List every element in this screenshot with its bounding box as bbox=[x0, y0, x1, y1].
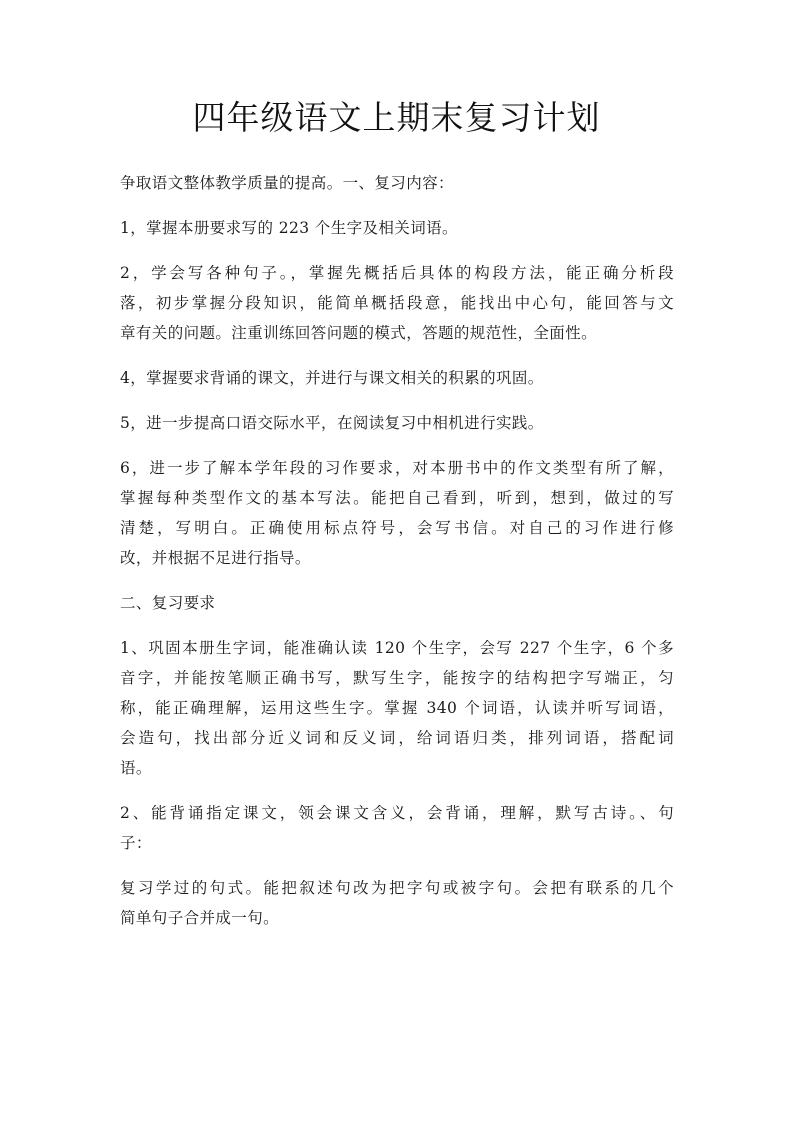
paragraph-req-1: 1、巩固本册生字词，能准确认读 120 个生字，会写 227 个生字，6 个多 … bbox=[120, 633, 674, 783]
text-line: 争取语文整体教学质量的提高。一、复习内容： bbox=[120, 168, 674, 198]
text-line: 落，初步掌握分段知识，能简单概括段意，能找出中心句，能回答与文 bbox=[120, 288, 674, 318]
document-page: 四年级语文上期末复习计划 争取语文整体教学质量的提高。一、复习内容： 1，掌握本… bbox=[0, 0, 793, 1122]
paragraph-item-4: 4，掌握要求背诵的课文，并进行与课文相关的积累的巩固。 bbox=[120, 363, 674, 393]
text-line: 改，并根据不足进行指导。 bbox=[120, 543, 674, 573]
text-line: 5，进一步提高口语交际水平，在阅读复习中相机进行实践。 bbox=[120, 408, 674, 438]
text-line: 简单句子合并成一句。 bbox=[120, 903, 674, 933]
text-line: 2，学会写各种句子。，掌握先概括后具体的构段方法，能正确分析段 bbox=[120, 258, 674, 288]
text-line: 复习学过的句式。能把叙述句改为把字句或被字句。会把有联系的几个 bbox=[120, 873, 674, 903]
text-line: 二、复习要求 bbox=[120, 588, 674, 618]
text-line: 掌握每种类型作文的基本写法。能把自己看到，听到，想到，做过的写 bbox=[120, 483, 674, 513]
document-title: 四年级语文上期末复习计划 bbox=[0, 96, 793, 140]
text-line: 清楚，写明白。正确使用标点符号，会写书信。对自己的习作进行修 bbox=[120, 513, 674, 543]
text-line: 1，掌握本册要求写的 223 个生字及相关词语。 bbox=[120, 213, 674, 243]
paragraph-item-5: 5，进一步提高口语交际水平，在阅读复习中相机进行实践。 bbox=[120, 408, 674, 438]
text-line: 6，进一步了解本学年段的习作要求，对本册书中的作文类型有所了解， bbox=[120, 453, 674, 483]
text-line: 称，能正确理解，运用这些生字。掌握 340 个词语，认读并听写词语， bbox=[120, 693, 674, 723]
text-line: 2、能背诵指定课文，领会课文含义，会背诵，理解，默写古诗。、句 bbox=[120, 798, 674, 828]
section-heading-review-requirements: 二、复习要求 bbox=[120, 588, 674, 618]
text-line: 语。 bbox=[120, 753, 674, 783]
paragraph-intro: 争取语文整体教学质量的提高。一、复习内容： bbox=[120, 168, 674, 198]
paragraph-item-1: 1，掌握本册要求写的 223 个生字及相关词语。 bbox=[120, 213, 674, 243]
text-line: 4，掌握要求背诵的课文，并进行与课文相关的积累的巩固。 bbox=[120, 363, 674, 393]
text-line: 1、巩固本册生字词，能准确认读 120 个生字，会写 227 个生字，6 个多 bbox=[120, 633, 674, 663]
paragraph-req-2: 2、能背诵指定课文，领会课文含义，会背诵，理解，默写古诗。、句 子： bbox=[120, 798, 674, 858]
text-line: 会造句，找出部分近义词和反义词，给词语归类，排列词语，搭配词 bbox=[120, 723, 674, 753]
text-line: 章有关的问题。注重训练回答问题的模式，答题的规范性，全面性。 bbox=[120, 318, 674, 348]
paragraph-item-6: 6，进一步了解本学年段的习作要求，对本册书中的作文类型有所了解， 掌握每种类型作… bbox=[120, 453, 674, 573]
document-body: 争取语文整体教学质量的提高。一、复习内容： 1，掌握本册要求写的 223 个生字… bbox=[120, 168, 674, 948]
text-line: 音字，并能按笔顺正确书写，默写生字，能按字的结构把字写端正，匀 bbox=[120, 663, 674, 693]
paragraph-sentences: 复习学过的句式。能把叙述句改为把字句或被字句。会把有联系的几个 简单句子合并成一… bbox=[120, 873, 674, 933]
paragraph-item-2: 2，学会写各种句子。，掌握先概括后具体的构段方法，能正确分析段 落，初步掌握分段… bbox=[120, 258, 674, 348]
text-line: 子： bbox=[120, 828, 674, 858]
